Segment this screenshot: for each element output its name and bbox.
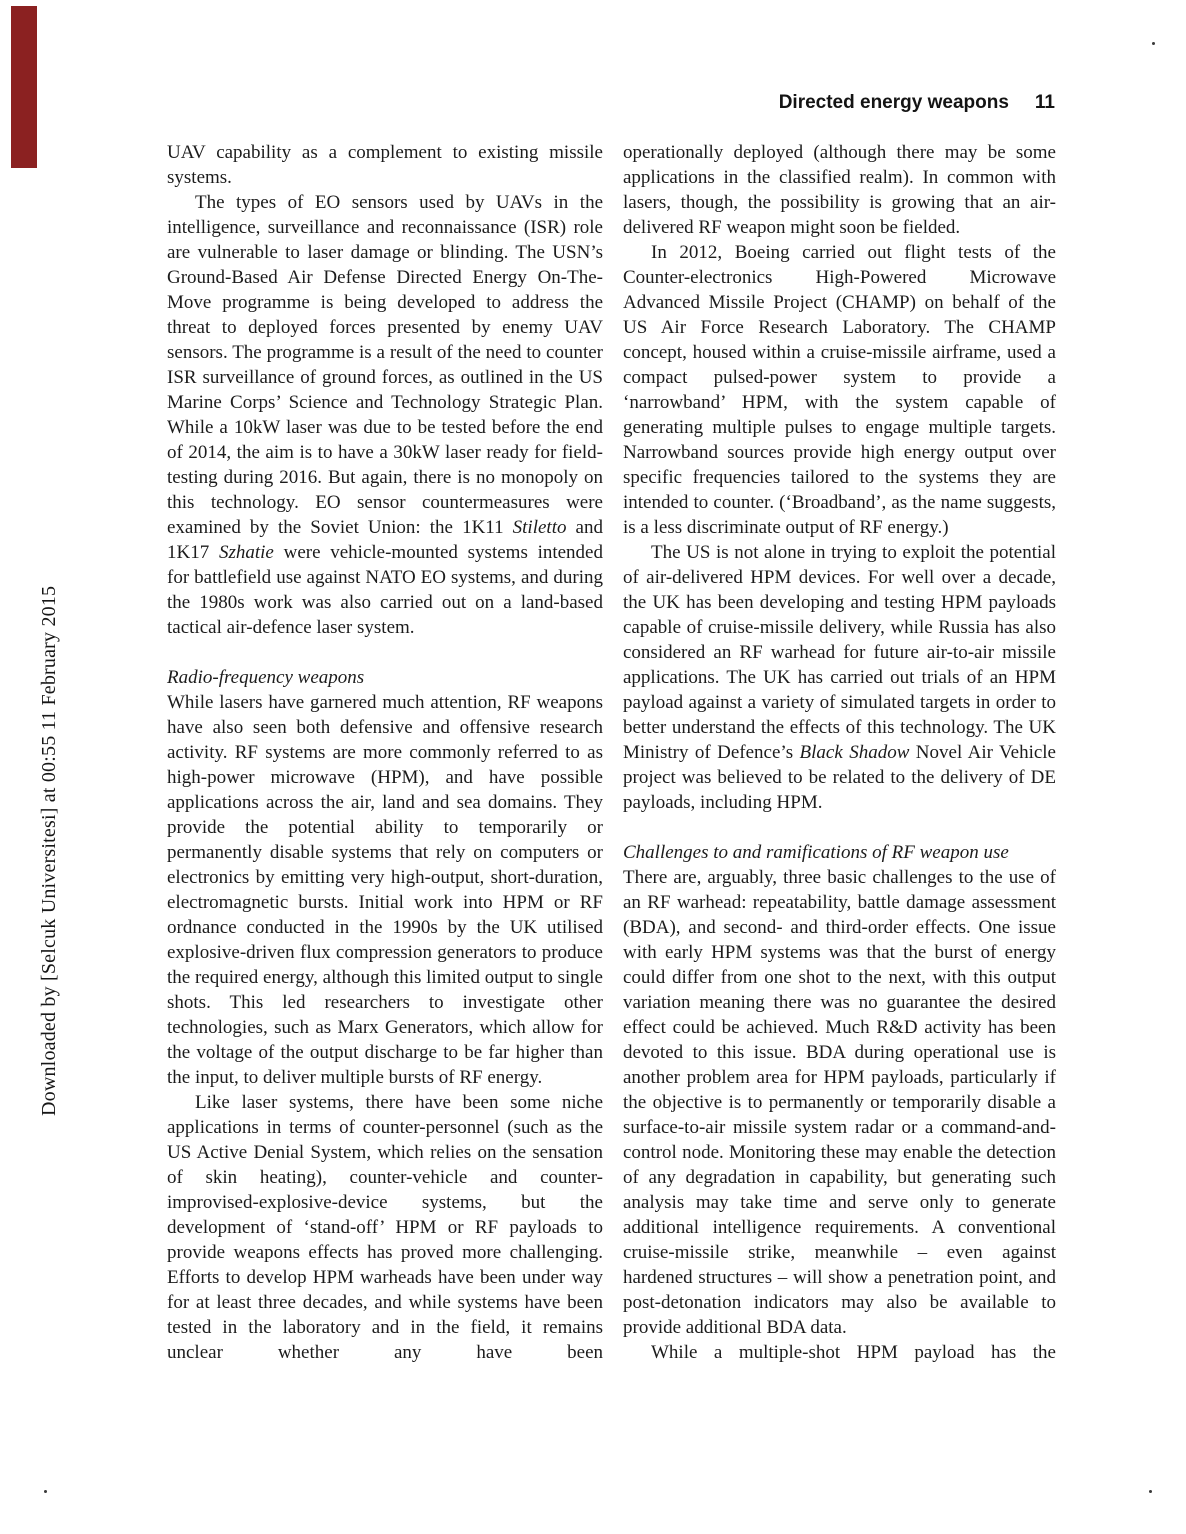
- left-text-column: UAV capability as a complement to existi…: [167, 140, 603, 1365]
- registration-dot-bottom-left: [44, 1490, 47, 1493]
- page-number: 11: [1035, 92, 1055, 114]
- paragraph: UAV capability as a complement to existi…: [167, 140, 603, 190]
- paragraph: Like laser systems, there have been some…: [167, 1090, 603, 1365]
- section-heading: Challenges to and ramifications of RF we…: [623, 840, 1056, 865]
- paragraph: While lasers have garnered much attentio…: [167, 690, 603, 1090]
- registration-dot-bottom-right: [1149, 1490, 1152, 1493]
- running-head: Directed energy weapons 11: [779, 92, 1055, 114]
- section-heading: Radio-frequency weapons: [167, 665, 603, 690]
- paragraph: In 2012, Boeing carried out flight tests…: [623, 240, 1056, 540]
- paragraph: While a multiple-shot HPM payload has th…: [623, 1340, 1056, 1365]
- document-page: Downloaded by [Selcuk Universitesi] at 0…: [0, 0, 1186, 1534]
- registration-dot-top-right: [1152, 42, 1155, 45]
- right-text-column: operationally deployed (although there m…: [623, 140, 1056, 1365]
- paragraph: The US is not alone in trying to exploit…: [623, 540, 1056, 815]
- paragraph: The types of EO sensors used by UAVs in …: [167, 190, 603, 640]
- paragraph: There are, arguably, three basic challen…: [623, 865, 1056, 1340]
- running-head-title: Directed energy weapons: [779, 92, 1009, 114]
- paragraph: operationally deployed (although there m…: [623, 140, 1056, 240]
- red-accent-bar: [11, 6, 37, 168]
- download-watermark: Downloaded by [Selcuk Universitesi] at 0…: [38, 476, 61, 1116]
